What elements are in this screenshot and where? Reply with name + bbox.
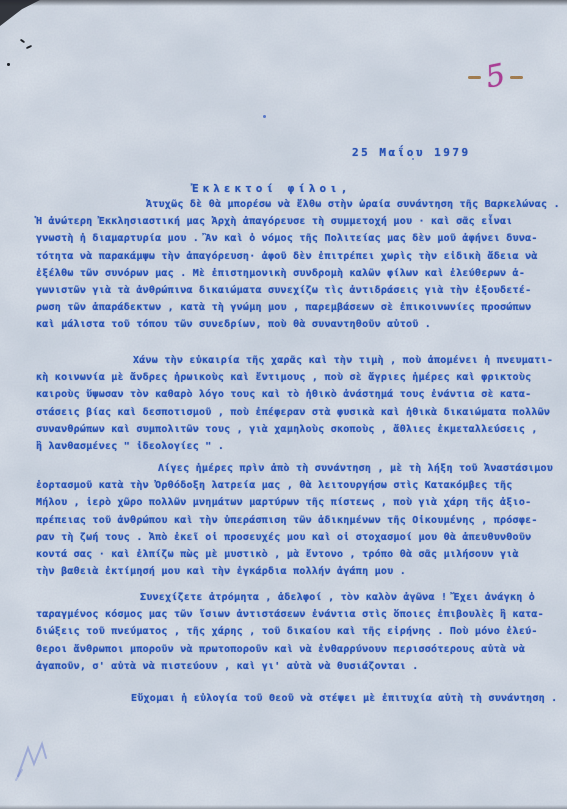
text-line: Εὔχομαι ἡ εὐλογία τοῦ Θεοῦ νὰ στέψει μὲ … [36, 690, 556, 707]
text-line: συνανθρώπων καὶ συμπολιτῶν τους , γιὰ χα… [36, 421, 556, 438]
text-line: Ἡ ἀνώτερη Ἐκκλησιαστική μας Ἀρχὴ ἀπαγόρε… [36, 213, 556, 230]
text-line: καὶ μάλιστα τοῦ τόπου τῶν συνεδρίων, ποὺ… [36, 316, 556, 333]
text-line: καιροὺς ὕψωσαν τὸν καθαρὸ λόγο τους καὶ … [36, 386, 556, 403]
text-line: τότητα νὰ παρακάμψω τὴν ἀπαγόρευση· ἀφοῦ… [36, 248, 556, 265]
text-line: Χάνω τὴν εὐκαιρία τῆς χαρᾶς καὶ τὴν τιμὴ… [36, 352, 556, 369]
text-line: στάσεις βίας καὶ δεσποτισμοῦ , ποὺ ἐπέφε… [36, 404, 556, 421]
letter-body: 25 Μαΐου 1979 Ἐκλεκτοί φίλοι, Ἀτυχῶς δὲ … [0, 0, 567, 809]
text-line: τὴν βαθειὰ ἐκτίμησή μου καὶ τὴν ἐγκάρδια… [36, 563, 556, 580]
text-line: ἢ λανθασμένες " ἰδεολογίες " . [36, 438, 556, 455]
text-line: ἐξέλθω τῶν συνόρων μας . Μὲ ἐπιστημονικὴ… [36, 265, 556, 282]
text-line: πρέπειας τοῦ ἀνθρώπου καὶ τὴν ὑπεράσπιση… [36, 512, 556, 529]
text-line: Συνεχίζετε ἀτρόμητα , ἀδελφοί , τὸν καλὸ… [36, 589, 556, 606]
text-line: Ἀτυχῶς δὲ θὰ μπορέσω νὰ ἔλθω στὴν ὡραία … [36, 196, 556, 213]
text-line: Μήλου , ἱερὸ χῶρο πολλῶν μνημάτων μαρτύρ… [36, 494, 556, 511]
letter-date: 25 Μαΐου 1979 [352, 146, 471, 159]
paragraph-3: Λίγες ἡμέρες πρὶν ἀπὸ τὴ συνάντηση , μὲ … [36, 460, 556, 580]
text-line: γνωστὴ ἡ διαμαρτυρία μου . Ἂν καὶ ὁ νόμο… [36, 230, 556, 247]
text-line: ρωση τῶν ἀπαράδεκτων , κατὰ τὴ γνώμη μου… [36, 299, 556, 316]
paragraph-5: Εὔχομαι ἡ εὐλογία τοῦ Θεοῦ νὰ στέψει μὲ … [36, 690, 556, 707]
text-line: θεροι ἄνθρωποι μποροῦν νὰ πρωτοποροῦν κα… [36, 641, 556, 658]
text-line: ἀγαποῦν, σ' αὐτὰ νὰ πιστεύουν , καὶ γι' … [36, 658, 556, 675]
text-line: ταραγμένος κόσμος μας τῶν ἴσιων ἀντιστάσ… [36, 606, 556, 623]
paragraph-4: Συνεχίζετε ἀτρόμητα , ἀδελφοί , τὸν καλὸ… [36, 589, 556, 675]
text-line: Λίγες ἡμέρες πρὶν ἀπὸ τὴ συνάντηση , μὲ … [36, 460, 556, 477]
paragraph-1: Ἀτυχῶς δὲ θὰ μπορέσω νὰ ἔλθω στὴν ὡραία … [36, 196, 556, 334]
letter-salutation: Ἐκλεκτοί φίλοι, [192, 182, 351, 195]
text-line: κὴ κοινωνία μὲ ἄνδρες ἡρωικοὺς καὶ ἔντιμ… [36, 369, 556, 386]
text-line: ραν τὴ ζωή τους . Ἀπὸ ἐκεῖ οἱ προσευχές … [36, 529, 556, 546]
paragraph-2: Χάνω τὴν εὐκαιρία τῆς χαρᾶς καὶ τὴν τιμὴ… [36, 352, 556, 455]
text-line: διώξεις τοῦ πνεύματος , τῆς χάρης , τοῦ … [36, 623, 556, 640]
scanned-letter-page: 5 25 Μαΐου 1979 Ἐκλεκτοί φίλοι, Ἀτυχῶς δ… [0, 0, 567, 809]
text-line: ἑορτασμοῦ κατὰ τὴν Ὀρθόδοξη λατρεία μας … [36, 477, 556, 494]
text-line: γωνιστῶν γιὰ τὰ ἀνθρώπινα δικαιώματα συν… [36, 282, 556, 299]
text-line: κοντά σας · καὶ ἐλπίζω πὼς μὲ μυστικὸ , … [36, 546, 556, 563]
